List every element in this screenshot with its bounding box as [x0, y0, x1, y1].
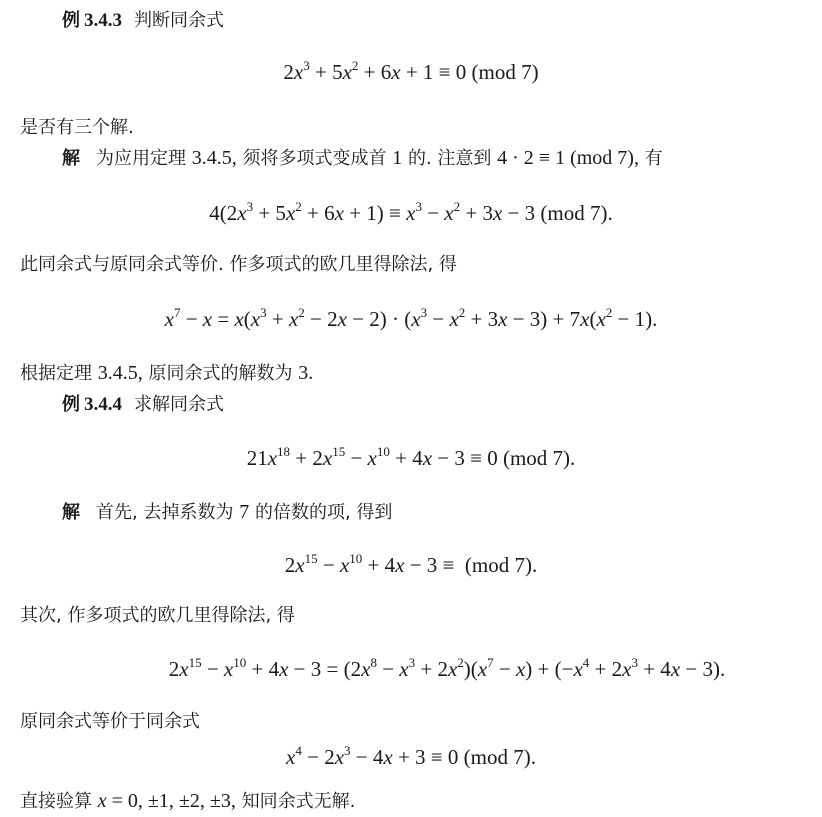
example-title: 求解同余式 [134, 394, 224, 415]
text-344-2: 其次, 作多项式的欧几里得除法, 得 [20, 604, 295, 628]
equation-343-1: 2x3 + 5x2 + 6x + 1 ≡ 0 (mod 7) [0, 58, 822, 86]
equation-344-3: 2x15 − x10 + 4x − 3 = (2x8 − x3 + 2x2)(x… [36, 655, 822, 683]
example-label: 例 [62, 394, 80, 415]
example-343-heading: 例3.4.3判断同余式 [62, 8, 224, 33]
text-344-3: 原同余式等价于同余式 [20, 710, 200, 734]
text-343-2: 此同余式与原同余式等价. 作多项式的欧几里得除法, 得 [20, 253, 457, 277]
equation-343-3: x7 − x = x(x3 + x2 − 2x − 2) · (x3 − x2 … [0, 305, 822, 333]
equation-344-1: 21x18 + 2x15 − x10 + 4x − 3 ≡ 0 (mod 7). [0, 444, 822, 472]
conclusion-344: 直接验算 x = 0, ±1, ±2, ±3, 知同余式无解. [20, 789, 355, 814]
conclusion-343: 根据定理 3.4.5, 原同余式的解数为 3. [20, 361, 313, 386]
example-title: 判断同余式 [134, 10, 224, 31]
equation-343-2: 4(2x3 + 5x2 + 6x + 1) ≡ x3 − x2 + 3x − 3… [0, 199, 822, 227]
solution-343-intro: 解 为应用定理 3.4.5, 须将多项式变成首 1 的. 注意到 4 · 2 ≡… [62, 146, 663, 171]
example-344-heading: 例3.4.4求解同余式 [62, 392, 224, 417]
equation-344-4: x4 − 2x3 − 4x + 3 ≡ 0 (mod 7). [0, 743, 822, 771]
equation-344-2: 2x15 − x10 + 4x − 3 ≡ (mod 7). [0, 551, 822, 579]
solution-label: 解 [62, 502, 80, 523]
solution-label: 解 [62, 148, 80, 169]
solution-344-intro: 解 首先, 去掉系数为 7 的倍数的项, 得到 [62, 500, 392, 525]
question-text: 是否有三个解. [20, 116, 134, 140]
example-label: 例 [62, 10, 80, 31]
example-number: 3.4.4 [84, 394, 122, 415]
example-number: 3.4.3 [84, 10, 122, 31]
